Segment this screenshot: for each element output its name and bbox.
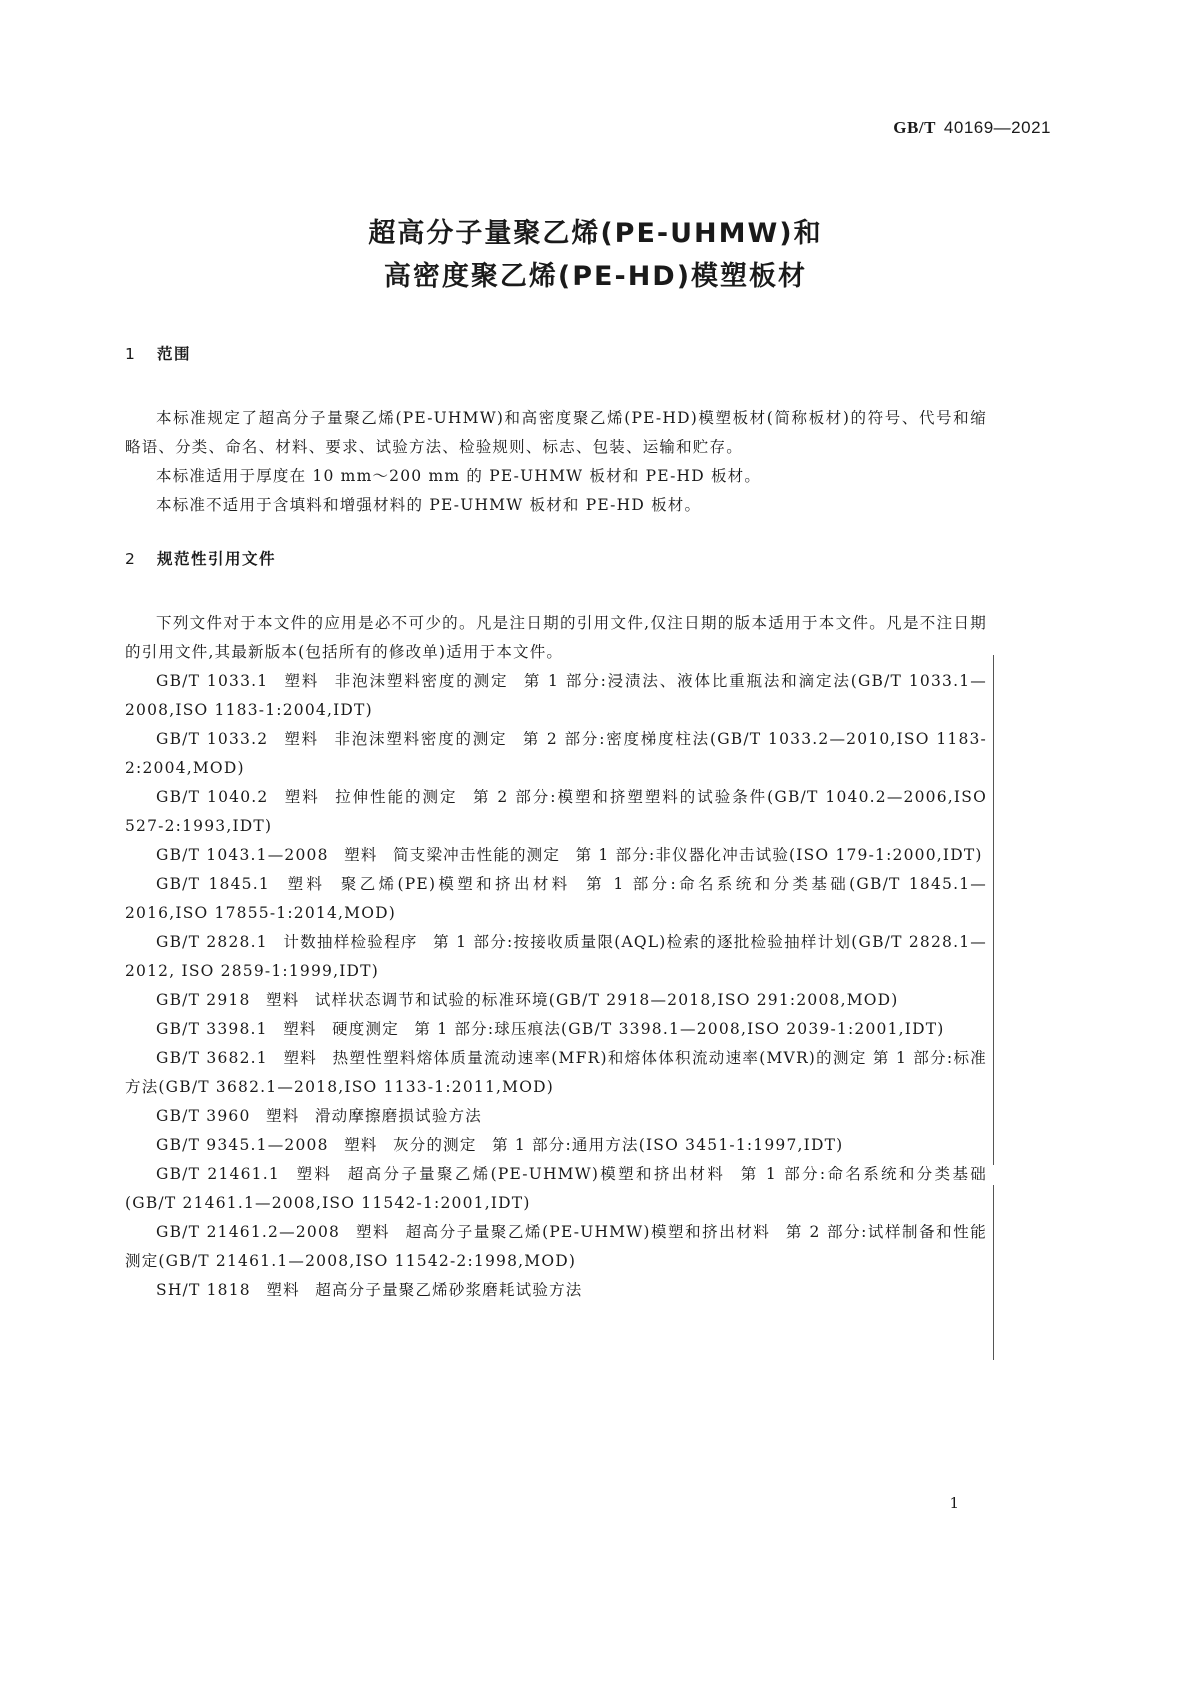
document-title: 超高分子量聚乙烯(PE-UHMW)和 高密度聚乙烯(PE-HD)模塑板材: [0, 212, 1191, 298]
reference-code: GB/T 1040.2: [156, 788, 268, 806]
reference-detail: 第 1 部分:球压痕法(GB/T 3398.1—2008,ISO 2039-1:…: [414, 1020, 944, 1038]
reference-name: 非泡沫塑料密度的测定: [334, 730, 507, 748]
revision-change-bar: [993, 655, 994, 1165]
reference-name: 聚乙烯(PE)模塑和挤出材料: [341, 875, 571, 893]
reference-item: GB/T 21461.1塑料超高分子量聚乙烯(PE-UHMW)模塑和挤出材料第 …: [125, 1160, 987, 1218]
scope-paragraph: 本标准适用于厚度在 10 mm～200 mm 的 PE-UHMW 板材和 PE-…: [125, 462, 987, 491]
reference-name: 非泡沫塑料密度的测定: [335, 672, 509, 690]
reference-code: GB/T 2828.1: [156, 933, 268, 951]
scope-paragraph: 本标准不适用于含填料和增强材料的 PE-UHMW 板材和 PE-HD 板材。: [125, 491, 987, 520]
reference-category: 塑料: [285, 875, 325, 893]
reference-item: SH/T 1818塑料超高分子量聚乙烯砂浆磨耗试验方法: [125, 1276, 987, 1305]
reference-detail: 第 1 部分:通用方法(ISO 3451-1:1997,IDT): [492, 1136, 843, 1154]
reference-category: 塑料: [344, 1136, 377, 1154]
page-number: 1: [949, 1494, 959, 1512]
reference-name: 灰分的测定: [393, 1136, 477, 1154]
reference-code: GB/T 1033.2: [156, 730, 268, 748]
reference-category: 塑料: [283, 1049, 317, 1067]
reference-item: GB/T 1033.1塑料非泡沫塑料密度的测定第 1 部分:浸渍法、液体比重瓶法…: [125, 667, 987, 725]
section-heading-normative-references: 2规范性引用文件: [125, 545, 987, 574]
reference-item: GB/T 1845.1塑料聚乙烯(PE)模塑和挤出材料第 1 部分:命名系统和分…: [125, 870, 987, 928]
reference-name: 超高分子量聚乙烯(PE-UHMW)模塑和挤出材料: [406, 1223, 771, 1241]
title-line-2: 高密度聚乙烯(PE-HD)模塑板材: [0, 255, 1191, 298]
reference-category: 塑料: [284, 788, 320, 806]
reference-category: 塑料: [266, 1107, 299, 1125]
reference-code: GB/T 21461.2—2008: [156, 1223, 340, 1241]
reference-detail: 超高分子量聚乙烯砂浆磨耗试验方法: [315, 1281, 582, 1299]
reference-item: GB/T 2918塑料试样状态调节和试验的标准环境(GB/T 2918—2018…: [125, 986, 987, 1015]
standard-prefix: GB/T: [893, 118, 936, 137]
section-heading-scope: 1范围: [125, 340, 987, 369]
reference-code: GB/T 3960: [156, 1107, 251, 1125]
reference-item: GB/T 1033.2塑料非泡沫塑料密度的测定第 2 部分:密度梯度柱法(GB/…: [125, 725, 987, 783]
reference-detail: 第 1 部分:非仪器化冲击试验(ISO 179-1:2000,IDT): [576, 846, 983, 864]
references-intro: 下列文件对于本文件的应用是必不可少的。凡是注日期的引用文件,仅注日期的版本适用于…: [125, 609, 987, 667]
reference-name: 硬度测定: [332, 1020, 399, 1038]
reference-category: 塑料: [266, 1281, 299, 1299]
reference-item: GB/T 2828.1计数抽样检验程序第 1 部分:按接收质量限(AQL)检索的…: [125, 928, 987, 986]
reference-detail: 试样状态调节和试验的标准环境(GB/T 2918—2018,ISO 291:20…: [315, 991, 899, 1009]
reference-category: 塑料: [295, 1165, 332, 1183]
reference-category: 塑料: [283, 1020, 316, 1038]
reference-name: 超高分子量聚乙烯(PE-UHMW)模塑和挤出材料: [348, 1165, 725, 1183]
reference-item: GB/T 21461.2—2008塑料超高分子量聚乙烯(PE-UHMW)模塑和挤…: [125, 1218, 987, 1276]
reference-category: 塑料: [344, 846, 377, 864]
reference-item: GB/T 9345.1—2008塑料灰分的测定第 1 部分:通用方法(ISO 3…: [125, 1131, 987, 1160]
reference-code: GB/T 1043.1—2008: [156, 846, 329, 864]
reference-detail: 滑动摩擦磨损试验方法: [315, 1107, 482, 1125]
reference-code: GB/T 1845.1: [156, 875, 270, 893]
reference-name: 计数抽样检验程序: [283, 933, 417, 951]
reference-code: GB/T 3682.1: [156, 1049, 268, 1067]
spacer: [125, 520, 987, 545]
reference-category: 塑料: [356, 1223, 391, 1241]
reference-code: GB/T 9345.1—2008: [156, 1136, 329, 1154]
revision-change-bar: [993, 1185, 994, 1360]
reference-item: GB/T 3960塑料滑动摩擦磨损试验方法: [125, 1102, 987, 1131]
spacer: [125, 369, 987, 404]
reference-list: GB/T 1033.1塑料非泡沫塑料密度的测定第 1 部分:浸渍法、液体比重瓶法…: [125, 667, 987, 1305]
section-number: 1: [125, 340, 157, 369]
reference-item: GB/T 3682.1塑料热塑性塑料熔体质量流动速率(MFR)和熔体体积流动速率…: [125, 1044, 987, 1102]
reference-code: SH/T 1818: [156, 1281, 251, 1299]
reference-code: GB/T 21461.1: [156, 1165, 280, 1183]
reference-code: GB/T 3398.1: [156, 1020, 268, 1038]
reference-category: 塑料: [284, 730, 319, 748]
spacer: [125, 574, 987, 609]
title-line-1: 超高分子量聚乙烯(PE-UHMW)和: [0, 212, 1191, 255]
section-title: 规范性引用文件: [157, 550, 276, 568]
standard-number-header: GB/T40169—2021: [893, 118, 1051, 138]
reference-code: GB/T 2918: [156, 991, 251, 1009]
reference-name: 简支梁冲击性能的测定: [393, 846, 560, 864]
document-body: 1范围 本标准规定了超高分子量聚乙烯(PE-UHMW)和高密度聚乙烯(PE-HD…: [125, 340, 987, 1305]
reference-category: 塑料: [266, 991, 299, 1009]
section-number: 2: [125, 545, 157, 574]
reference-item: GB/T 3398.1塑料硬度测定第 1 部分:球压痕法(GB/T 3398.1…: [125, 1015, 987, 1044]
reference-item: GB/T 1040.2塑料拉伸性能的测定第 2 部分:模塑和挤塑塑料的试验条件(…: [125, 783, 987, 841]
scope-paragraph: 本标准规定了超高分子量聚乙烯(PE-UHMW)和高密度聚乙烯(PE-HD)模塑板…: [125, 404, 987, 462]
reference-code: GB/T 1033.1: [156, 672, 268, 690]
reference-item: GB/T 1043.1—2008塑料简支梁冲击性能的测定第 1 部分:非仪器化冲…: [125, 841, 987, 870]
reference-category: 塑料: [284, 672, 319, 690]
section-title: 范围: [157, 345, 191, 363]
reference-name: 拉伸性能的测定: [335, 788, 457, 806]
standard-number: 40169—2021: [944, 118, 1051, 137]
